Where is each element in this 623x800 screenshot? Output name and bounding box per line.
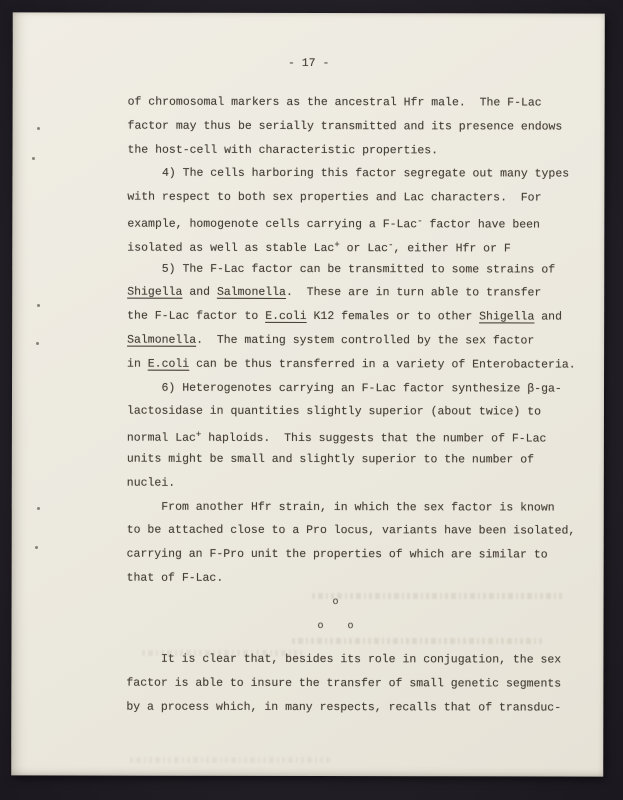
bleed-through-ghost-text (292, 638, 542, 644)
text-line: factor may thus be serially transmitted … (128, 114, 590, 139)
bleed-through-ghost-text (130, 757, 330, 763)
text-line: Shigella and Salmonella. These are in tu… (127, 281, 589, 306)
scan-speck (37, 127, 40, 130)
text-line: that of F-Lac. (127, 567, 589, 592)
page-number: - 17 - (13, 56, 605, 71)
text-line: with respect to both sex properties and … (127, 186, 589, 211)
text-line: units might be small and slightly superi… (127, 448, 589, 473)
text-lines: of chromosomal markers as the ancestral … (126, 91, 589, 721)
scan-speck (32, 157, 35, 160)
text-line: by a process which, in many respects, re… (126, 696, 588, 721)
text-line: 4) The cells harboring this factor segre… (127, 162, 589, 187)
text-line: 6) Heterogenotes carrying an F-Lac facto… (127, 376, 589, 401)
bleed-through-ghost-text (312, 593, 564, 599)
text-line: carrying an F-Pro unit the properties of… (127, 543, 589, 568)
scan-speck (35, 546, 38, 549)
ornament-separator: o o (104, 614, 566, 639)
text-line: factor is able to insure the transfer of… (126, 672, 588, 697)
scan-speck (37, 507, 40, 510)
text-line: in E.coli can be thus transferred in a v… (127, 352, 589, 377)
text-line: to be attached close to a Pro locus, var… (127, 519, 589, 544)
scan-speck (36, 342, 39, 345)
text-line: example, homogenote cells carrying a F-L… (127, 210, 589, 235)
scan-speck (37, 304, 40, 307)
text-line: nuclei. (127, 471, 589, 496)
text-line: Salmonella. The mating system controlled… (127, 329, 589, 354)
bleed-through-ghost-text (142, 650, 302, 656)
text-line: the host-cell with characteristic proper… (127, 138, 589, 163)
document-page: - 17 - of chromosomal markers as the anc… (11, 12, 605, 776)
text-line: the F-Lac factor to E.coli K12 females o… (127, 305, 589, 330)
text-line: normal Lac+ haploids. This suggests that… (127, 424, 589, 449)
text-line: isolated as well as stable Lac+ or Lac-,… (127, 233, 589, 258)
text-line: 5) The F-Lac factor can be transmitted t… (127, 257, 589, 282)
text-line: From another Hfr strain, in which the se… (127, 495, 589, 520)
text-line: of chromosomal markers as the ancestral … (128, 91, 590, 116)
text-line: lactosidase in quantities slightly super… (127, 400, 589, 425)
